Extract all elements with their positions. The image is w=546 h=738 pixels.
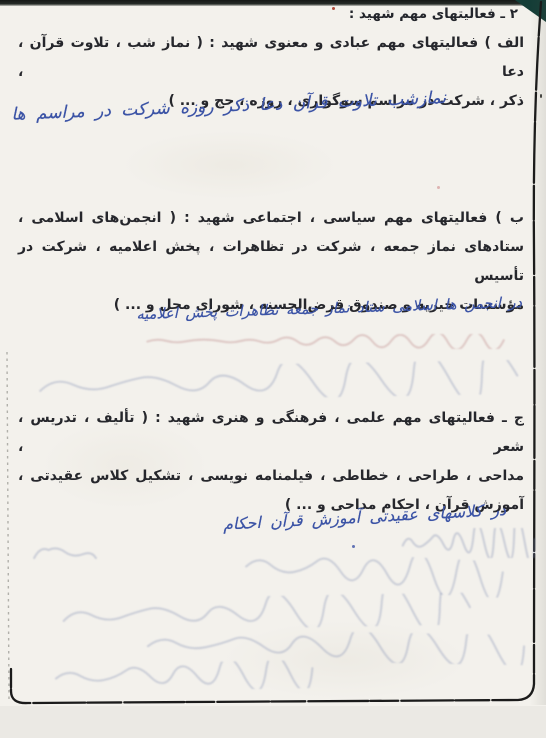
page-crease-shade (530, 0, 546, 705)
scan-background-bottom (0, 706, 546, 738)
bleed-through-handwriting (239, 548, 540, 600)
scanned-form-page: ۲ ـ فعالیتهای مهم شهید : الف ) فعالیتهای… (0, 0, 546, 738)
printed-line: ستادهای نماز جمعه ، شرکت در تظاهرات ، پخ… (18, 233, 524, 291)
printed-line: ج ـ فعالیتهای مهم علمی ، فرهنگی و هنری ش… (18, 404, 524, 462)
printed-line: ب ) فعالیتهای مهم سیاسی ، اجتماعی شهید :… (18, 204, 524, 233)
scan-speck (437, 186, 440, 189)
ink-dot (352, 545, 355, 548)
scan-speck (540, 94, 542, 98)
bleed-through-handwriting (400, 528, 540, 558)
bleed-through-handwriting (55, 592, 485, 631)
bleed-through-handwriting (28, 540, 100, 566)
bleed-through-handwriting (50, 659, 350, 692)
printed-line: الف ) فعالیتهای مهم عبادی و معنوی شهید :… (18, 29, 524, 87)
bleed-through-handwriting (30, 360, 536, 403)
paper-stain (220, 620, 470, 700)
bleed-through-printed-line (140, 334, 515, 349)
bleed-through-handwriting (140, 629, 540, 666)
paper-stain (120, 130, 340, 200)
printed-line: مداحی ، طراحی ، خطاطی ، فیلمنامه نویسی ،… (18, 462, 524, 491)
page-title: ۲ ـ فعالیتهای مهم شهید : (120, 4, 518, 25)
